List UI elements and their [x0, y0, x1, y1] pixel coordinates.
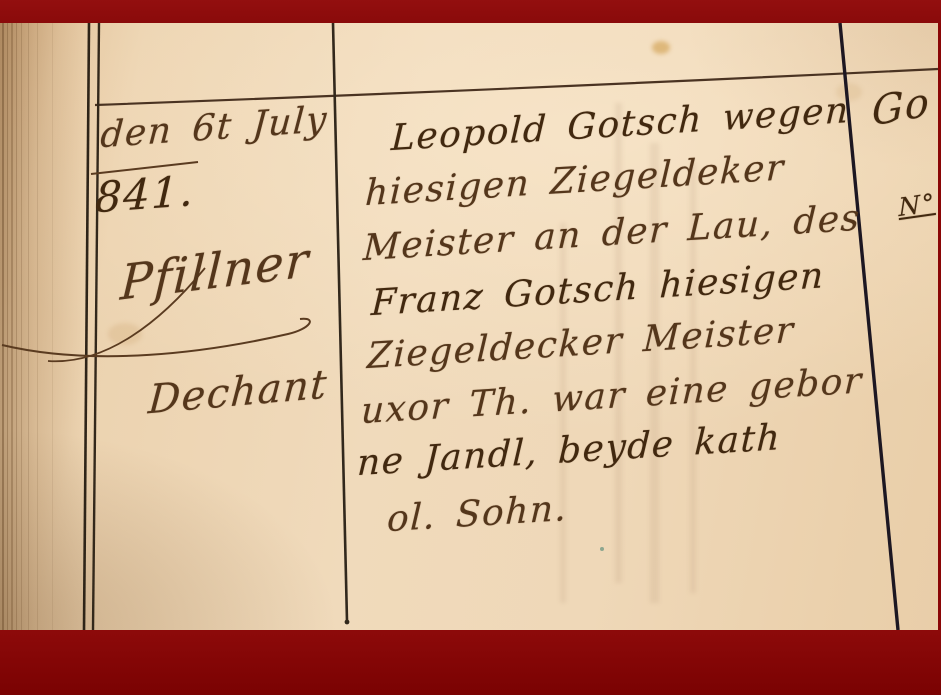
register-page-photo: den 6t July 841. Pfillner Dechant Leopol… [0, 23, 938, 630]
signature-flourish [2, 319, 310, 356]
frame-border-bottom [0, 630, 941, 695]
number-mark: N° [898, 188, 936, 222]
middle-column-rule [333, 23, 347, 621]
frame-border-top [0, 0, 941, 23]
left-column-rule-inner [93, 23, 99, 630]
ink-dot [345, 620, 350, 625]
entry-date-year: 841. [94, 166, 195, 222]
left-column-rule-outer [84, 23, 89, 630]
